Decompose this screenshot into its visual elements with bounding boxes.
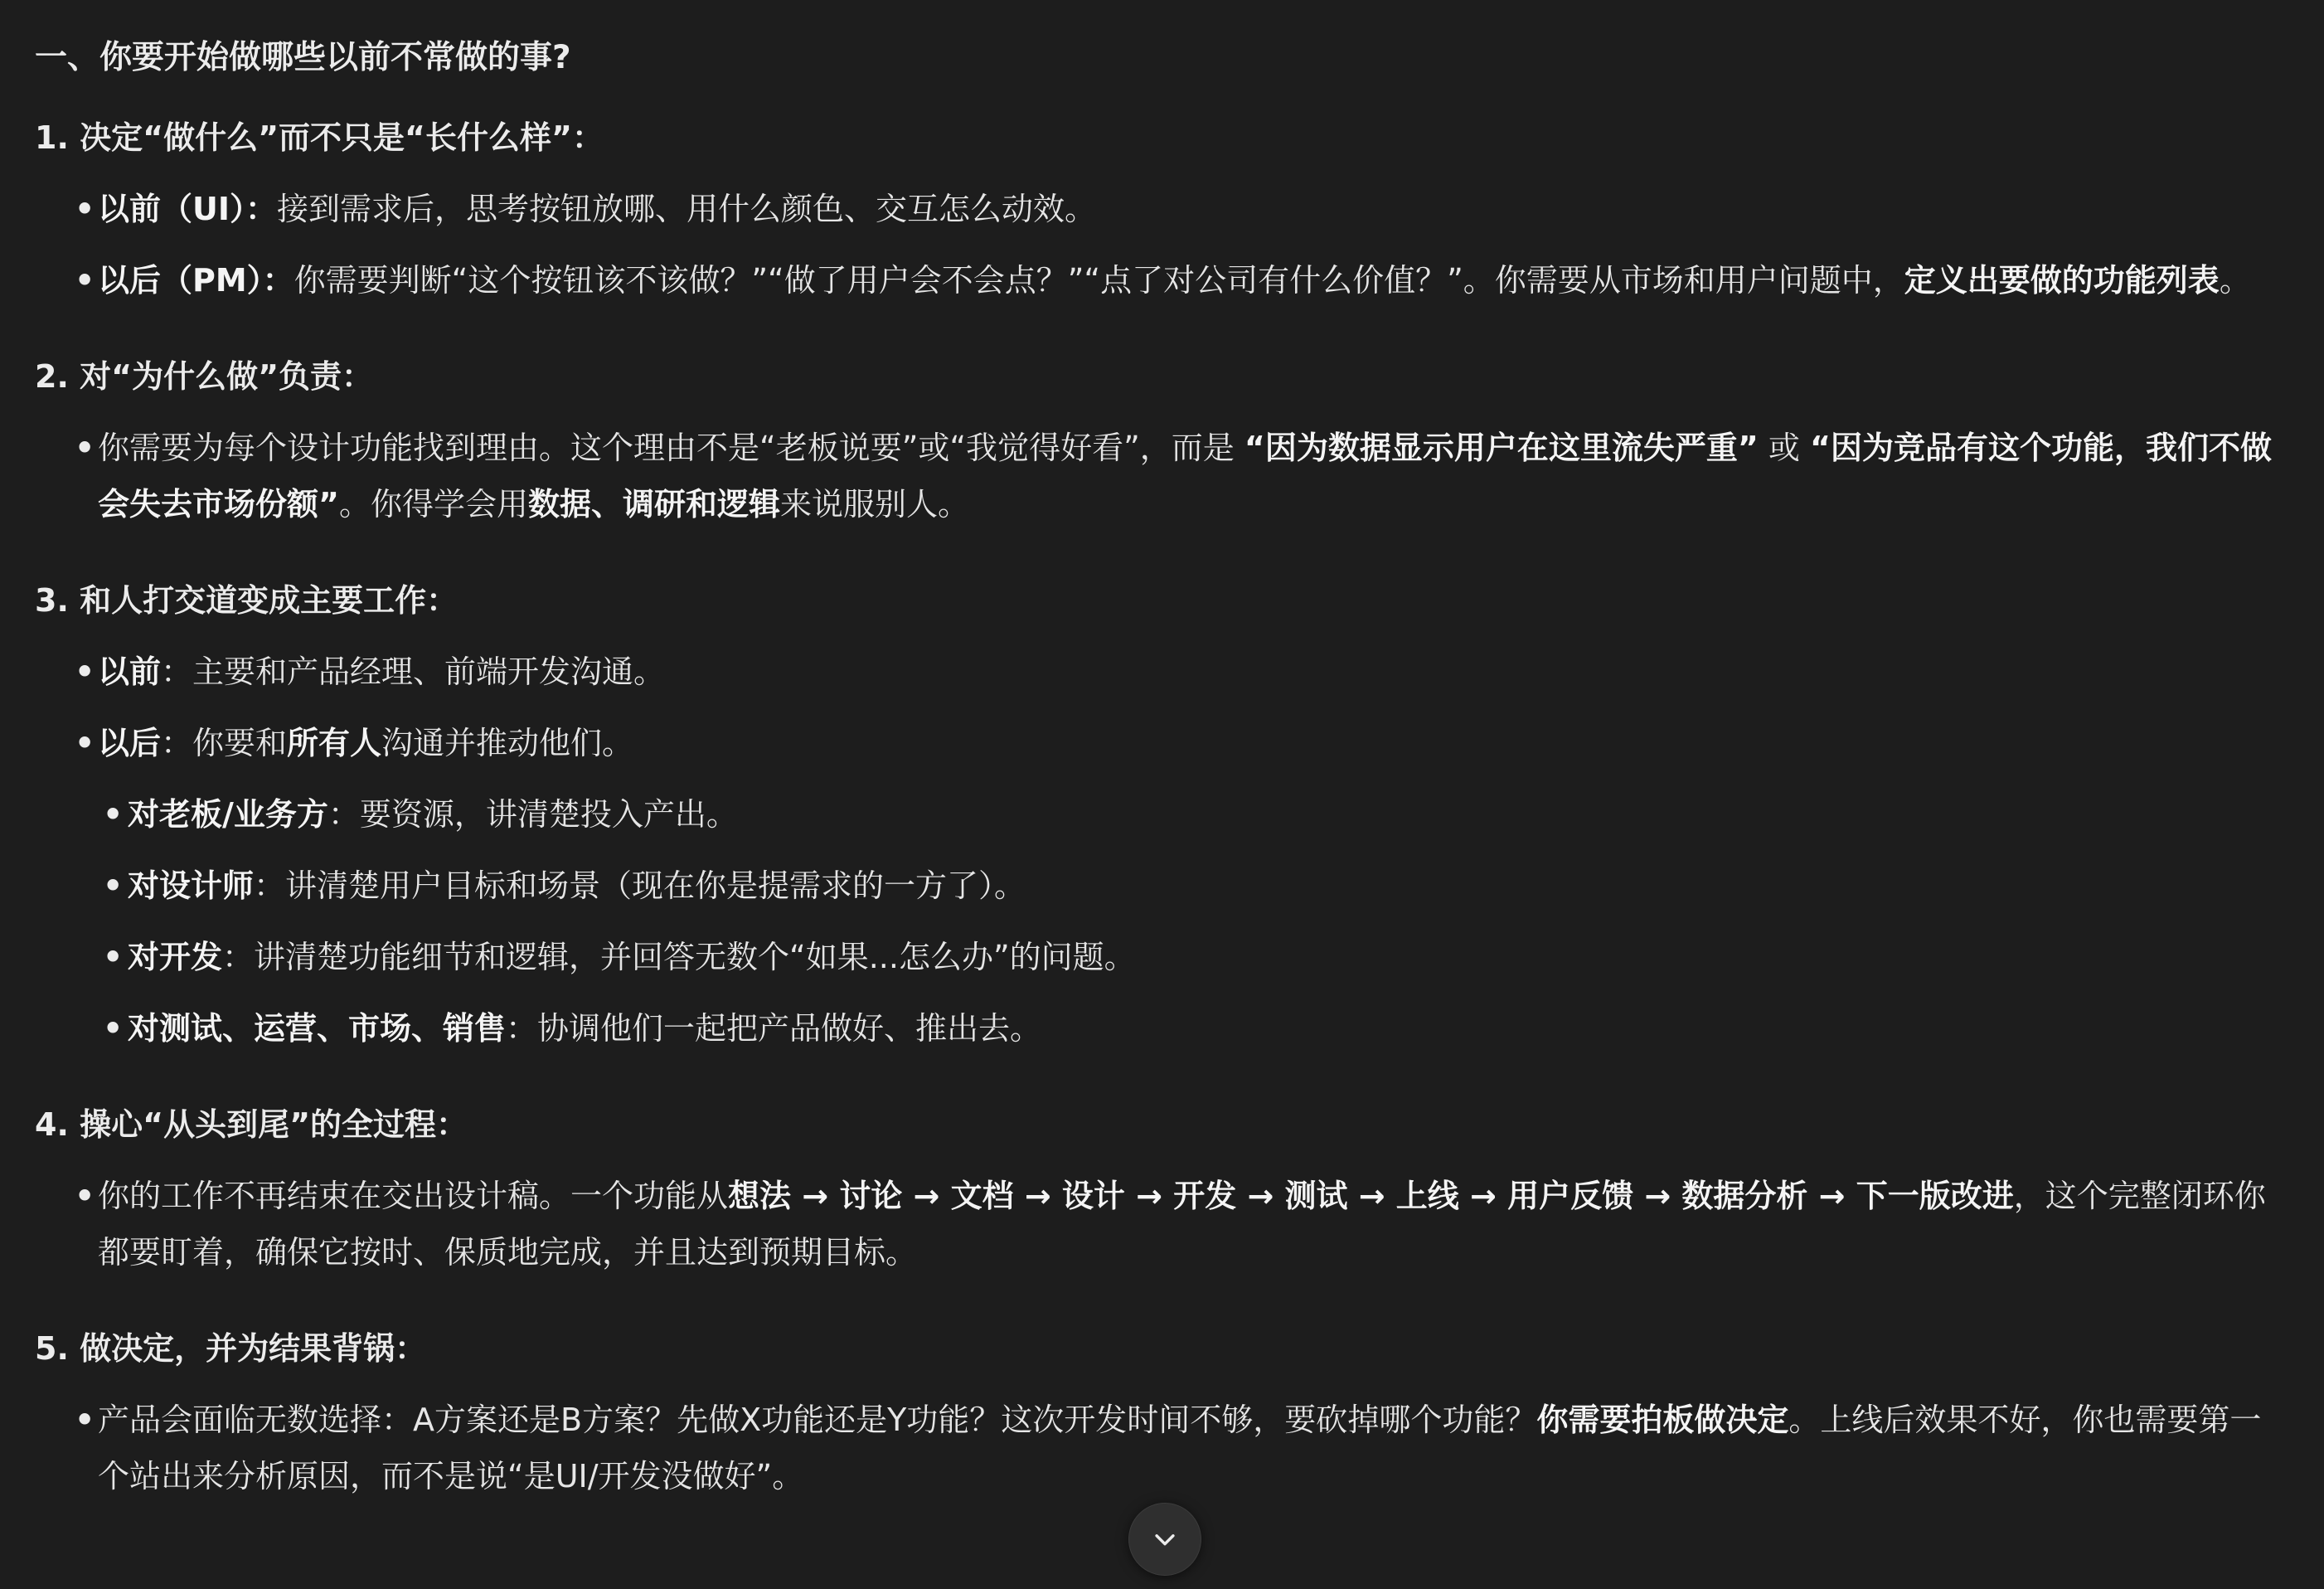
bullet-icon: • <box>75 1168 95 1224</box>
bullet-text: 接到需求后，思考按钮放哪、用什么颜色、交互怎么动效。 <box>277 191 1096 227</box>
scroll-to-bottom-button[interactable] <box>1128 1503 1201 1576</box>
section-title-4: 4. 操心“从头到尾”的全过程： <box>35 1096 2290 1153</box>
bullet-label: 对测试、运营、市场、销售 <box>128 1010 506 1047</box>
bullet-icon: • <box>75 715 95 771</box>
section-title-1: 1. 决定“做什么”而不只是“长什么样”： <box>35 109 2290 166</box>
bullet-label: 以后（PM）： <box>98 262 294 299</box>
bullet-label: 对老板/业务方 <box>128 796 328 833</box>
bullet-text: ：讲清楚用户目标和场景（现在你是提需求的一方了）。 <box>254 867 1026 904</box>
bullet-label: 对开发 <box>128 939 222 975</box>
bullet-label: 以前 <box>98 654 161 690</box>
chevron-down-icon <box>1151 1525 1179 1553</box>
heading: 一、你要开始做哪些以前不常做的事? <box>35 30 2290 86</box>
bullet-icon: • <box>75 1392 95 1448</box>
section-title-5: 5. 做决定，并为结果背锅： <box>35 1320 2290 1377</box>
section-title-3: 3. 和人打交道变成主要工作： <box>35 572 2290 629</box>
bullet-text: ：协调他们一起把产品做好、推出去。 <box>506 1010 1041 1047</box>
bullet-emphasis: 数据、调研和逻辑 <box>528 486 780 522</box>
message-content: 一、你要开始做哪些以前不常做的事? 1. 决定“做什么”而不只是“长什么样”： … <box>35 30 2290 1519</box>
list-item: • 产品会面临无数选择：A方案还是B方案？先做X功能还是Y功能？这次开发时间不够… <box>35 1392 2290 1504</box>
bullet-icon: • <box>103 786 123 843</box>
bullet-text: 你需要为每个设计功能找到理由。这个理由不是“老板说要”或“我觉得好看”，而是 <box>98 430 1244 466</box>
list-item: • 以后：你要和所有人沟通并推动他们。 <box>35 715 2290 771</box>
list-item: • 你的工作不再结束在交出设计稿。一个功能从想法 → 讨论 → 文档 → 设计 … <box>35 1168 2290 1280</box>
bullet-icon: • <box>103 858 123 914</box>
bullet-icon: • <box>75 181 95 237</box>
sub-list-item: • 对测试、运营、市场、销售：协调他们一起把产品做好、推出去。 <box>35 1000 2290 1057</box>
bullet-text: 你的工作不再结束在交出设计稿。一个功能从 <box>98 1178 728 1214</box>
bullet-text: ：你要和 <box>161 725 287 761</box>
sub-list-item: • 对设计师：讲清楚用户目标和场景（现在你是提需求的一方了）。 <box>35 858 2290 914</box>
bullet-text-end: 来说服别人。 <box>780 486 969 522</box>
bullet-icon: • <box>103 929 123 985</box>
section-title-2: 2. 对“为什么做”负责： <box>35 348 2290 405</box>
bullet-icon: • <box>103 1000 123 1057</box>
bullet-text-mid: 。你得学会用 <box>339 486 528 522</box>
bullet-text: 产品会面临无数选择：A方案还是B方案？先做X功能还是Y功能？这次开发时间不够，要… <box>98 1402 1536 1438</box>
bullet-label: 以后 <box>98 725 161 761</box>
bullet-emphasis: 所有人 <box>287 725 381 761</box>
bullet-emphasis: 定义出要做的功能列表 <box>1904 262 2220 299</box>
list-item: • 以前（UI）：接到需求后，思考按钮放哪、用什么颜色、交互怎么动效。 <box>35 181 2290 237</box>
bullet-icon: • <box>75 252 95 309</box>
list-item: • 以后（PM）：你需要判断“这个按钮该不该做？”“做了用户会不会点？”“点了对… <box>35 252 2290 309</box>
bullet-text-end: 沟通并推动他们。 <box>381 725 633 761</box>
bullet-text: ：主要和产品经理、前端开发沟通。 <box>161 654 665 690</box>
bullet-text-end: 。 <box>2220 262 2251 299</box>
bullet-text: ：讲清楚功能细节和逻辑，并回答无数个“如果...怎么办”的问题。 <box>222 939 1136 975</box>
bullet-label: 以前（UI）： <box>98 191 277 227</box>
list-item: • 你需要为每个设计功能找到理由。这个理由不是“老板说要”或“我觉得好看”，而是… <box>35 420 2290 532</box>
bullet-icon: • <box>75 644 95 700</box>
bullet-text: ：要资源，讲清楚投入产出。 <box>328 796 738 833</box>
bullet-emphasis: 你需要拍板做决定 <box>1536 1402 1788 1438</box>
sub-list-item: • 对开发：讲清楚功能细节和逻辑，并回答无数个“如果...怎么办”的问题。 <box>35 929 2290 985</box>
bullet-emphasis: 想法 → 讨论 → 文档 → 设计 → 开发 → 测试 → 上线 → 用户反馈 … <box>728 1178 2014 1214</box>
bullet-emphasis: “因为数据显示用户在这里流失严重” <box>1244 430 1759 466</box>
list-item: • 以前：主要和产品经理、前端开发沟通。 <box>35 644 2290 700</box>
bullet-text-mid: 或 <box>1759 430 1810 466</box>
bullet-text: 你需要判断“这个按钮该不该做？”“做了用户会不会点？”“点了对公司有什么价值？”… <box>294 262 1904 299</box>
bullet-icon: • <box>75 420 95 476</box>
bullet-label: 对设计师 <box>128 867 254 904</box>
sub-list-item: • 对老板/业务方：要资源，讲清楚投入产出。 <box>35 786 2290 843</box>
